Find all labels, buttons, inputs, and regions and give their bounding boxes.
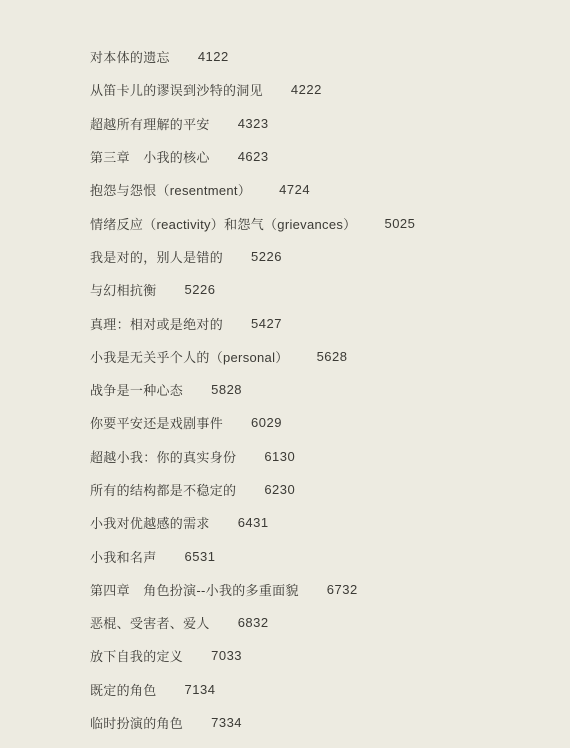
toc-entry-location: 6029 xyxy=(251,415,282,430)
toc-entry-title: 抱怨与怨恨（resentment） xyxy=(90,180,251,199)
toc-entry-location: 7033 xyxy=(211,648,242,663)
toc-entry-title: 超越小我：你的真实身份 xyxy=(90,447,236,466)
toc-entry[interactable]: 战争是一种心态 5828 xyxy=(90,373,570,406)
toc-entry-title: 从笛卡儿的谬误到沙特的洞见 xyxy=(90,80,263,99)
toc-entry-location: 5226 xyxy=(251,249,282,264)
toc-entry-location: 4623 xyxy=(238,149,269,164)
toc-entry[interactable]: 小我是无关乎个人的（personal） 5628 xyxy=(90,340,570,373)
toc-entry-title: 对本体的遗忘 xyxy=(90,47,170,66)
toc-entry-location: 7334 xyxy=(211,715,242,730)
toc-entry-title: 第三章 小我的核心 xyxy=(90,147,210,166)
toc-entry[interactable]: 超越小我：你的真实身份 6130 xyxy=(90,440,570,473)
toc-entry-title: 我是对的，别人是错的 xyxy=(90,247,223,266)
toc-entry-title: 情绪反应（reactivity）和怨气（grievances） xyxy=(90,214,356,233)
toc-entry-location: 4724 xyxy=(279,182,310,197)
toc-entry-title: 真理：相对或是绝对的 xyxy=(90,314,223,333)
toc-entry-chapter[interactable]: 第四章 角色扮演--小我的多重面貌 6732 xyxy=(90,573,570,606)
toc-entry-location: 6832 xyxy=(238,615,269,630)
toc-entry-title: 既定的角色 xyxy=(90,680,157,699)
toc-entry-location: 5427 xyxy=(251,316,282,331)
toc-entry-title: 战争是一种心态 xyxy=(90,380,183,399)
toc-entry[interactable]: 小我和名声 6531 xyxy=(90,539,570,572)
toc-entry-title: 所有的结构都是不稳定的 xyxy=(90,480,236,499)
toc-entry-location: 4323 xyxy=(238,116,269,131)
toc-entry-location: 6130 xyxy=(264,449,295,464)
toc-entry-title: 放下自我的定义 xyxy=(90,646,183,665)
toc-entry-location: 5226 xyxy=(185,282,216,297)
toc-entry[interactable]: 所有的结构都是不稳定的 6230 xyxy=(90,473,570,506)
toc-entry-location: 6431 xyxy=(238,515,269,530)
toc-entry[interactable]: 临时扮演的角色 7334 xyxy=(90,706,570,739)
toc-entry-title: 你要平安还是戏剧事件 xyxy=(90,413,223,432)
toc-entry-location: 4122 xyxy=(198,49,229,64)
toc-entry-title: 超越所有理解的平安 xyxy=(90,114,210,133)
toc-entry[interactable]: 与幻相抗衡 5226 xyxy=(90,273,570,306)
toc-entry-title: 恶棍、受害者、爱人 xyxy=(90,613,210,632)
toc-entry[interactable]: 真理：相对或是绝对的 5427 xyxy=(90,306,570,339)
toc-entry[interactable]: 恶棍、受害者、爱人 6832 xyxy=(90,606,570,639)
toc-entry-title: 小我对优越感的需求 xyxy=(90,513,210,532)
toc-entry-title: 与幻相抗衡 xyxy=(90,280,157,299)
toc-entry-title: 第四章 角色扮演--小我的多重面貌 xyxy=(90,580,299,599)
toc-entry-location: 4222 xyxy=(291,82,322,97)
toc-entry[interactable]: 我是对的，别人是错的 5226 xyxy=(90,240,570,273)
toc-entry[interactable]: 既定的角色 7134 xyxy=(90,673,570,706)
toc-entry-title: 小我是无关乎个人的（personal） xyxy=(90,347,289,366)
toc-entry-location: 5628 xyxy=(317,349,348,364)
toc-entry[interactable]: 小我对优越感的需求 6431 xyxy=(90,506,570,539)
toc-entry-location: 6230 xyxy=(264,482,295,497)
toc-entry-location: 5025 xyxy=(384,216,415,231)
toc-entry-location: 6531 xyxy=(185,549,216,564)
toc-entry[interactable]: 放下自我的定义 7033 xyxy=(90,639,570,672)
toc-entry-title: 小我和名声 xyxy=(90,547,157,566)
toc-entry[interactable]: 对本体的遗忘 4122 xyxy=(90,40,570,73)
toc-entry[interactable]: 情绪反应（reactivity）和怨气（grievances） 5025 xyxy=(90,206,570,239)
toc-entry[interactable]: 你要平安还是戏剧事件 6029 xyxy=(90,406,570,439)
toc-entry[interactable]: 超越所有理解的平安 4323 xyxy=(90,107,570,140)
toc-entry-location: 6732 xyxy=(327,582,358,597)
toc-entry[interactable]: 抱怨与怨恨（resentment） 4724 xyxy=(90,173,570,206)
toc-entry-chapter[interactable]: 第三章 小我的核心 4623 xyxy=(90,140,570,173)
toc-entry-title: 临时扮演的角色 xyxy=(90,713,183,732)
toc-entry[interactable]: 从笛卡儿的谬误到沙特的洞见 4222 xyxy=(90,73,570,106)
toc-list: 对本体的遗忘 4122 从笛卡儿的谬误到沙特的洞见 4222 超越所有理解的平安… xyxy=(0,0,570,739)
toc-entry-location: 5828 xyxy=(211,382,242,397)
toc-entry-location: 7134 xyxy=(185,682,216,697)
